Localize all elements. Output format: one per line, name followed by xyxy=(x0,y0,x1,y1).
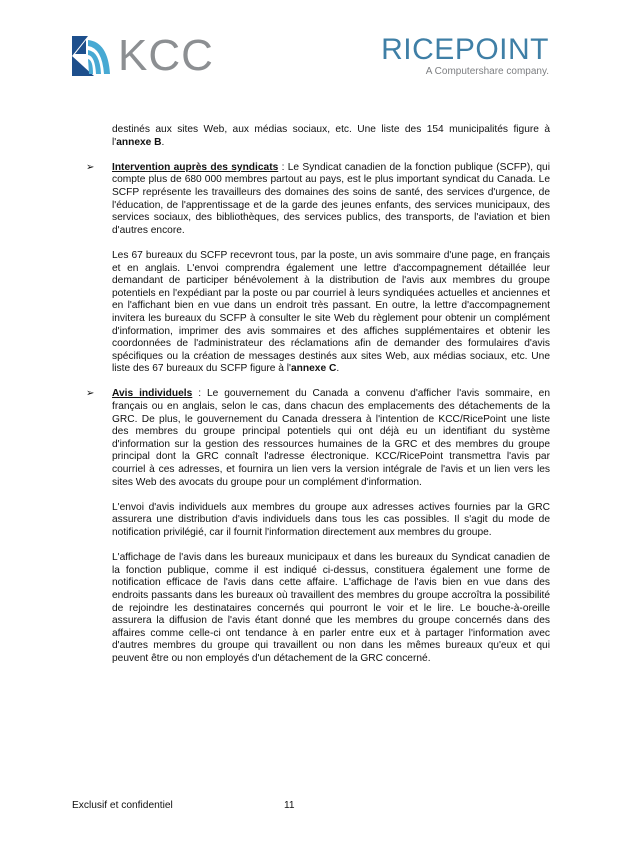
page-header: KCC RICEPOINT A Computershare company. xyxy=(0,0,624,100)
kcc-logo: KCC xyxy=(72,36,214,76)
section-avis-individuels: ➢ Avis individuels : Le gouvernement du … xyxy=(112,388,550,665)
section-heading: Intervention auprès des syndicats xyxy=(112,162,278,173)
annexe-c-ref: annexe C xyxy=(291,363,336,374)
kcc-logo-text: KCC xyxy=(118,36,214,76)
annexe-b-ref: annexe B xyxy=(116,137,161,148)
kcc-wave-icon xyxy=(72,36,112,76)
section-syndicats: ➢ Intervention auprès des syndicats : Le… xyxy=(112,162,550,376)
avis-paragraph-1: Avis individuels : Le gouvernement du Ca… xyxy=(112,388,550,489)
arrow-bullet-icon: ➢ xyxy=(86,162,94,175)
intro-paragraph: destinés aux sites Web, aux médias socia… xyxy=(112,124,550,149)
syndicats-paragraph-1: Intervention auprès des syndicats : Le S… xyxy=(112,162,550,238)
section-heading: Avis individuels xyxy=(112,388,192,399)
intro-end: . xyxy=(162,137,165,148)
page-number: 11 xyxy=(284,800,295,811)
paragraph-end: . xyxy=(336,363,339,374)
document-body: destinés aux sites Web, aux médias socia… xyxy=(112,124,550,678)
avis-paragraph-3: L'affichage de l'avis dans les bureaux m… xyxy=(112,552,550,665)
ricepoint-tagline: A Computershare company. xyxy=(381,66,549,77)
paragraph-text: Les 67 bureaux du SCFP recevront tous, p… xyxy=(112,250,550,374)
arrow-bullet-icon: ➢ xyxy=(86,388,94,401)
intro-text: destinés aux sites Web, aux médias socia… xyxy=(112,124,550,148)
ricepoint-logo-text: RICEPOINT xyxy=(381,34,549,66)
paragraph-text: L'affichage de l'avis dans les bureaux m… xyxy=(112,552,550,664)
syndicats-paragraph-2: Les 67 bureaux du SCFP recevront tous, p… xyxy=(112,250,550,376)
paragraph-text: : Le gouvernement du Canada a convenu d'… xyxy=(112,388,550,487)
footer-confidential-label: Exclusif et confidentiel xyxy=(72,800,173,811)
paragraph-text: L'envoi d'avis individuels aux membres d… xyxy=(112,502,550,538)
ricepoint-logo: RICEPOINT A Computershare company. xyxy=(381,34,549,77)
avis-paragraph-2: L'envoi d'avis individuels aux membres d… xyxy=(112,502,550,540)
